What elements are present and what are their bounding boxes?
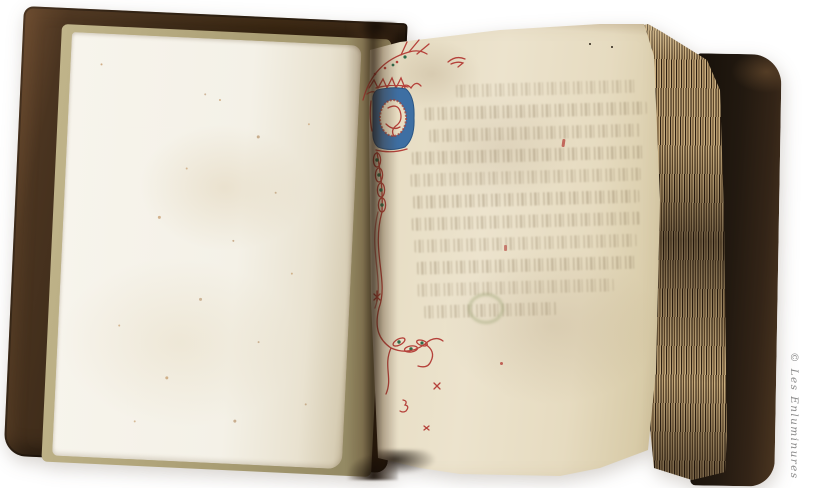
ink-speck: [611, 46, 613, 48]
manuscript-text-line: [425, 101, 647, 120]
photo-background: © Les Enluminures: [0, 0, 820, 488]
gutter-bottom-shadow: [372, 450, 450, 482]
manuscript-text-block: [408, 79, 655, 328]
manuscript-text-line: [412, 212, 640, 231]
red-ink-dot: [500, 362, 503, 365]
manuscript-text-line: [417, 256, 635, 275]
manuscript-text-line: [414, 234, 636, 253]
manuscript-book: [0, 0, 820, 488]
green-ring-stain: [468, 293, 504, 324]
manuscript-text-line: [413, 190, 639, 209]
manuscript-text-line: [410, 168, 640, 187]
ink-speck: [589, 43, 591, 45]
manuscript-text-line: [429, 124, 641, 143]
copyright-caption: © Les Enluminures: [788, 352, 800, 480]
red-ink-mark: [504, 245, 507, 251]
manuscript-text-line: [418, 278, 614, 296]
manuscript-text-line: [412, 145, 644, 164]
foxing-speckles: [100, 63, 102, 65]
blank-vellum-page: [52, 32, 362, 469]
